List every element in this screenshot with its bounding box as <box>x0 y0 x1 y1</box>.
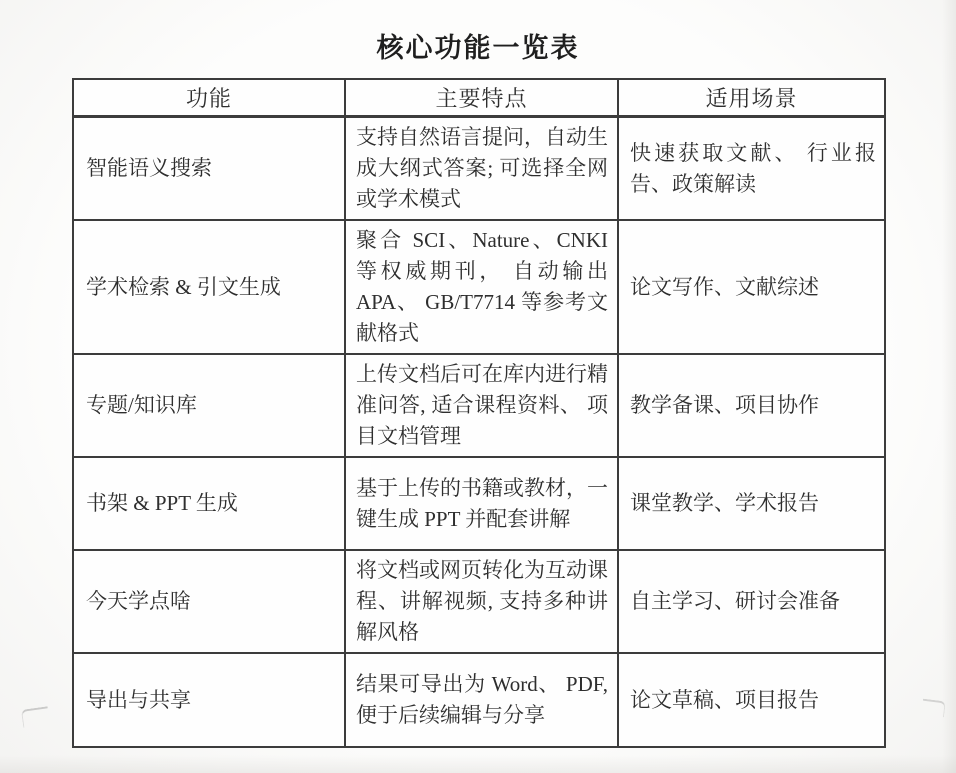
scenarios-cell: 快速获取文献、 行业报告、政策解读 <box>618 117 885 221</box>
table-header-row: 功能 主要特点 适用场景 <box>73 79 885 117</box>
core-functions-table: 功能 主要特点 适用场景 智能语义搜索 支持自然语言提问，自动生成大纲式答案; … <box>72 78 886 748</box>
scenarios-cell: 论文写作、文献综述 <box>618 220 885 354</box>
table-row: 智能语义搜索 支持自然语言提问，自动生成大纲式答案; 可选择全网或学术模式 快速… <box>73 117 885 221</box>
features-cell: 聚合 SCI、Nature、CNKI 等权威期刊， 自动输出 APA、 GB/T… <box>345 220 618 354</box>
features-cell: 基于上传的书籍或教材，一键生成 PPT 并配套讲解 <box>345 457 618 550</box>
scan-artifact-bottom-right <box>921 699 946 718</box>
table-row: 今天学点啥 将文档或网页转化为互动课程、讲解视频, 支持多种讲解风格 自主学习、… <box>73 550 885 653</box>
column-header-function: 功能 <box>73 79 345 117</box>
scan-edge-shading-bottom <box>0 755 956 773</box>
scenarios-cell: 教学备课、项目协作 <box>618 354 885 457</box>
features-cell: 将文档或网页转化为互动课程、讲解视频, 支持多种讲解风格 <box>345 550 618 653</box>
function-cell: 导出与共享 <box>73 653 345 747</box>
page-title: 核心功能一览表 <box>72 26 884 65</box>
function-cell: 书架 & PPT 生成 <box>73 457 345 550</box>
column-header-scenarios: 适用场景 <box>618 79 885 117</box>
scenarios-cell: 论文草稿、项目报告 <box>618 653 885 747</box>
function-cell: 智能语义搜索 <box>73 117 345 221</box>
scenarios-cell: 自主学习、研讨会准备 <box>618 550 885 653</box>
scan-artifact-bottom-left <box>21 706 50 728</box>
table-row: 书架 & PPT 生成 基于上传的书籍或教材，一键生成 PPT 并配套讲解 课堂… <box>73 457 885 550</box>
column-header-features: 主要特点 <box>345 79 618 117</box>
features-cell: 支持自然语言提问，自动生成大纲式答案; 可选择全网或学术模式 <box>345 117 618 221</box>
table-row: 导出与共享 结果可导出为 Word、 PDF, 便于后续编辑与分享 论文草稿、项… <box>73 653 885 747</box>
features-cell: 结果可导出为 Word、 PDF, 便于后续编辑与分享 <box>345 653 618 747</box>
table-row: 专题/知识库 上传文档后可在库内进行精准问答, 适合课程资料、 项目文档管理 教… <box>73 354 885 457</box>
function-cell: 学术检索 & 引文生成 <box>73 220 345 354</box>
function-cell: 专题/知识库 <box>73 354 345 457</box>
features-cell: 上传文档后可在库内进行精准问答, 适合课程资料、 项目文档管理 <box>345 354 618 457</box>
table-row: 学术检索 & 引文生成 聚合 SCI、Nature、CNKI 等权威期刊， 自动… <box>73 220 885 354</box>
function-cell: 今天学点啥 <box>73 550 345 653</box>
scenarios-cell: 课堂教学、学术报告 <box>618 457 885 550</box>
scan-edge-shading-right <box>942 0 956 773</box>
